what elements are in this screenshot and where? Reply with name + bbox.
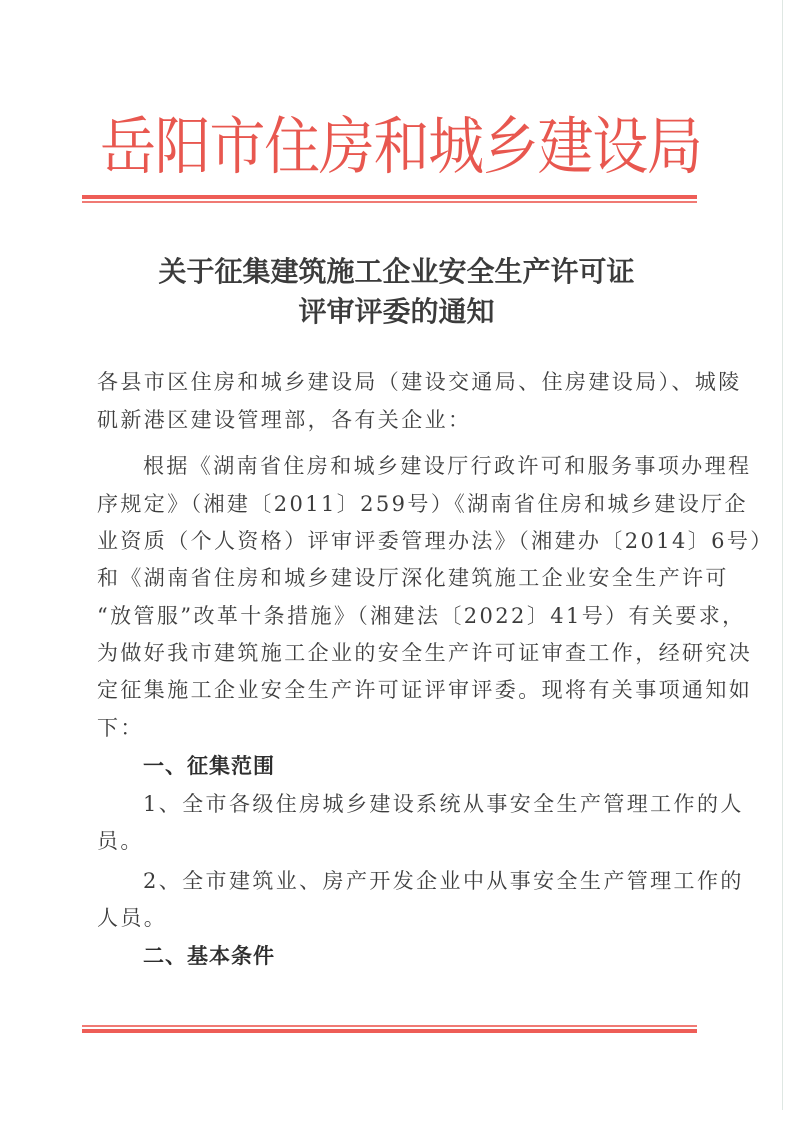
page-edge-line — [782, 0, 783, 1110]
scope-item-2-line1: 2、全市建筑业、房产开发企业中从事安全生产管理工作的 — [143, 866, 743, 896]
intro-paragraph-line: 和《湖南省住房和城乡建设厅深化建筑施工企业安全生产许可 — [97, 563, 697, 593]
intro-paragraph-line: 为做好我市建筑施工企业的安全生产许可证审查工作，经研究决 — [97, 638, 697, 668]
masthead-rule-thin — [82, 201, 697, 203]
intro-paragraph-line: 下： — [97, 713, 697, 743]
masthead-char: 市 — [209, 105, 262, 190]
masthead-char: 房 — [319, 105, 372, 190]
salutation-line1: 各县市区住房和城乡建设局（建设交通局、住房建设局）、城陵 — [97, 367, 697, 397]
masthead-char: 建 — [538, 105, 591, 190]
salutation-line2: 矶新港区建设管理部，各有关企业： — [97, 405, 697, 435]
footer-rule-thin — [82, 1025, 697, 1027]
notice-title-line2: 评审评委的通知 — [0, 290, 793, 330]
masthead-char: 和 — [373, 105, 426, 190]
document-page: 岳 阳 市 住 房 和 城 乡 建 设 局 关于征集建筑施工企业安全生产许可证 … — [0, 0, 793, 1121]
intro-paragraph-line: 业资质（个人资格）评审评委管理办法》（湘建办〔2014〕6号） — [97, 526, 697, 556]
notice-title-line1: 关于征集建筑施工企业安全生产许可证 — [0, 250, 793, 290]
masthead-char: 设 — [592, 105, 645, 190]
scope-item-1-line1: 1、全市各级住房城乡建设系统从事安全生产管理工作的人 — [143, 789, 743, 819]
masthead-char: 城 — [428, 105, 481, 190]
intro-paragraph-line: 根据《湖南省住房和城乡建设厅行政许可和服务事项办理程 — [143, 451, 743, 481]
footer-rule-thick — [82, 1029, 697, 1033]
masthead-rule-thick — [82, 195, 697, 199]
masthead-char: 住 — [264, 105, 317, 190]
scope-item-2-line2: 人员。 — [97, 903, 697, 933]
intro-paragraph-line: 定征集施工企业安全生产许可证评审评委。现将有关事项通知如 — [97, 675, 697, 705]
masthead-char: 乡 — [483, 105, 536, 190]
section-heading-scope: 一、征集范围 — [143, 751, 743, 781]
intro-paragraph-line: “放管服”改革十条措施》（湘建法〔2022〕41号）有关要求， — [97, 601, 697, 631]
agency-masthead: 岳 阳 市 住 房 和 城 乡 建 设 局 — [100, 105, 700, 190]
scope-item-1-line2: 员。 — [97, 826, 697, 856]
section-heading-conditions: 二、基本条件 — [143, 941, 743, 971]
intro-paragraph-line: 序规定》（湘建〔2011〕259号）《湖南省住房和城乡建设厅企 — [97, 489, 697, 519]
masthead-char: 阳 — [155, 105, 208, 190]
masthead-char: 岳 — [100, 105, 153, 190]
masthead-char: 局 — [647, 105, 700, 190]
